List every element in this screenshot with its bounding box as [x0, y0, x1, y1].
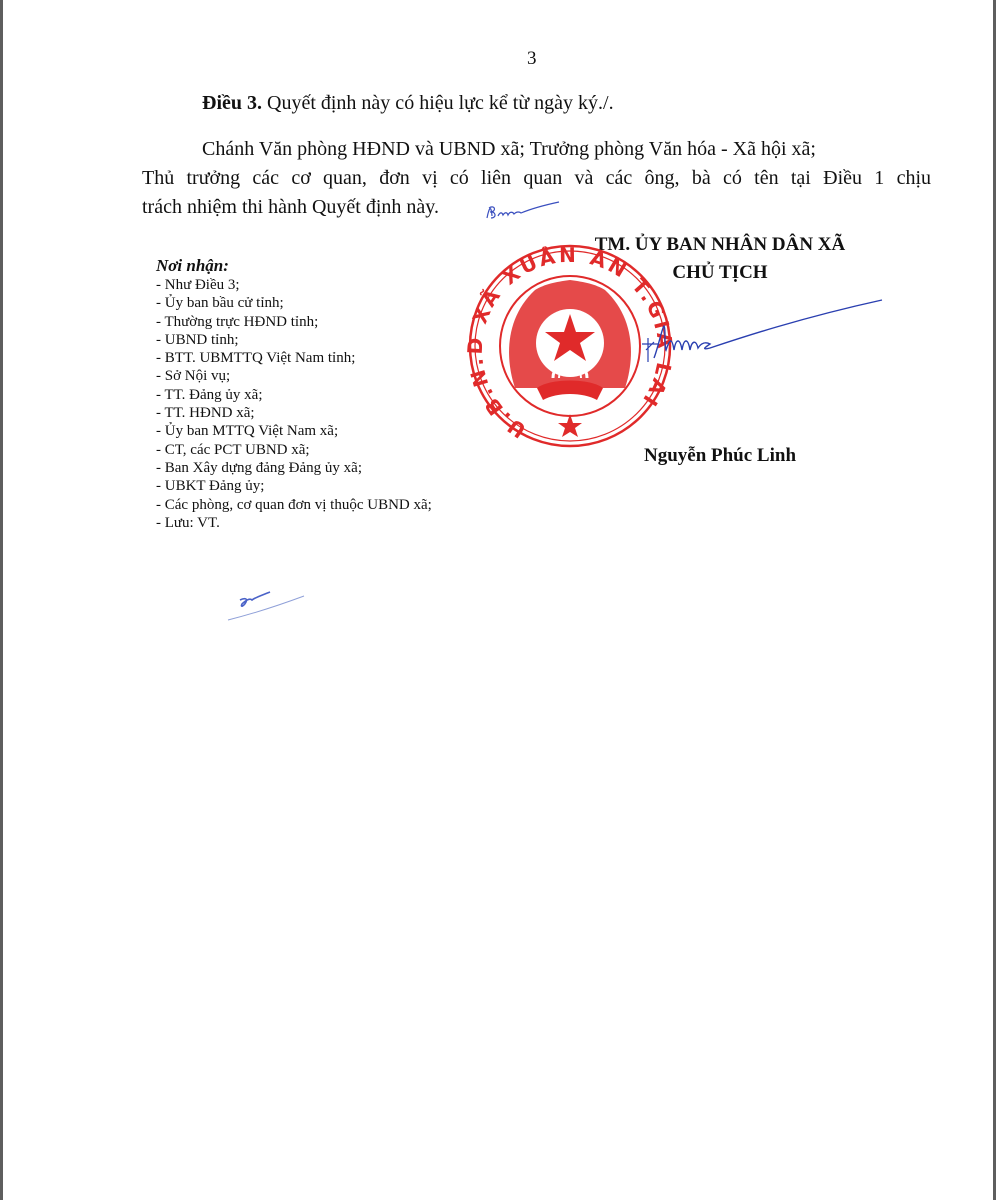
- recipient-item: - Như Điều 3;: [156, 276, 432, 294]
- recipient-item: - TT. Đảng ủy xã;: [156, 386, 432, 404]
- initial-signature-icon: [483, 196, 563, 226]
- paragraph-line: Chánh Văn phòng HĐND và UBND xã; Trưởng …: [142, 135, 931, 164]
- initial-mark-icon: [222, 586, 312, 626]
- recipient-item: - Lưu: VT.: [156, 514, 432, 532]
- article-label: Điều 3.: [202, 92, 262, 114]
- signer-name: Nguyễn Phúc Linh: [590, 445, 850, 467]
- recipients-block: Nơi nhận: - Như Điều 3; - Ủy ban bầu cử …: [156, 256, 432, 532]
- recipient-item: - Ban Xây dựng đảng Đảng ủy xã;: [156, 459, 432, 477]
- recipient-item: - TT. HĐND xã;: [156, 404, 432, 422]
- page-border-left: [0, 0, 3, 1200]
- recipient-item: - BTT. UBMTTQ Việt Nam tỉnh;: [156, 349, 432, 367]
- recipient-item: - UBND tỉnh;: [156, 331, 432, 349]
- recipient-item: - CT, các PCT UBND xã;: [156, 441, 432, 459]
- recipient-item: - UBKT Đảng ủy;: [156, 477, 432, 495]
- article-text: Quyết định này có hiệu lực kể từ ngày ký…: [262, 92, 614, 114]
- recipient-item: - Sở Nội vụ;: [156, 367, 432, 385]
- recipient-item: - Ủy ban bầu cử tỉnh;: [156, 294, 432, 312]
- recipients-title: Nơi nhận:: [156, 256, 432, 276]
- recipients-list: - Như Điều 3; - Ủy ban bầu cử tỉnh; - Th…: [156, 276, 432, 532]
- recipient-item: - Các phòng, cơ quan đơn vị thuộc UBND x…: [156, 496, 432, 514]
- chairman-signature-icon: [640, 298, 885, 378]
- recipient-item: - Thường trực HĐND tỉnh;: [156, 313, 432, 331]
- recipient-item: - Ủy ban MTTQ Việt Nam xã;: [156, 422, 432, 440]
- paragraph-line: Thủ trưởng các cơ quan, đơn vị có liên q…: [142, 164, 931, 193]
- page-number: 3: [527, 48, 537, 70]
- article-3: Điều 3. Quyết định này có hiệu lực kể từ…: [202, 92, 614, 115]
